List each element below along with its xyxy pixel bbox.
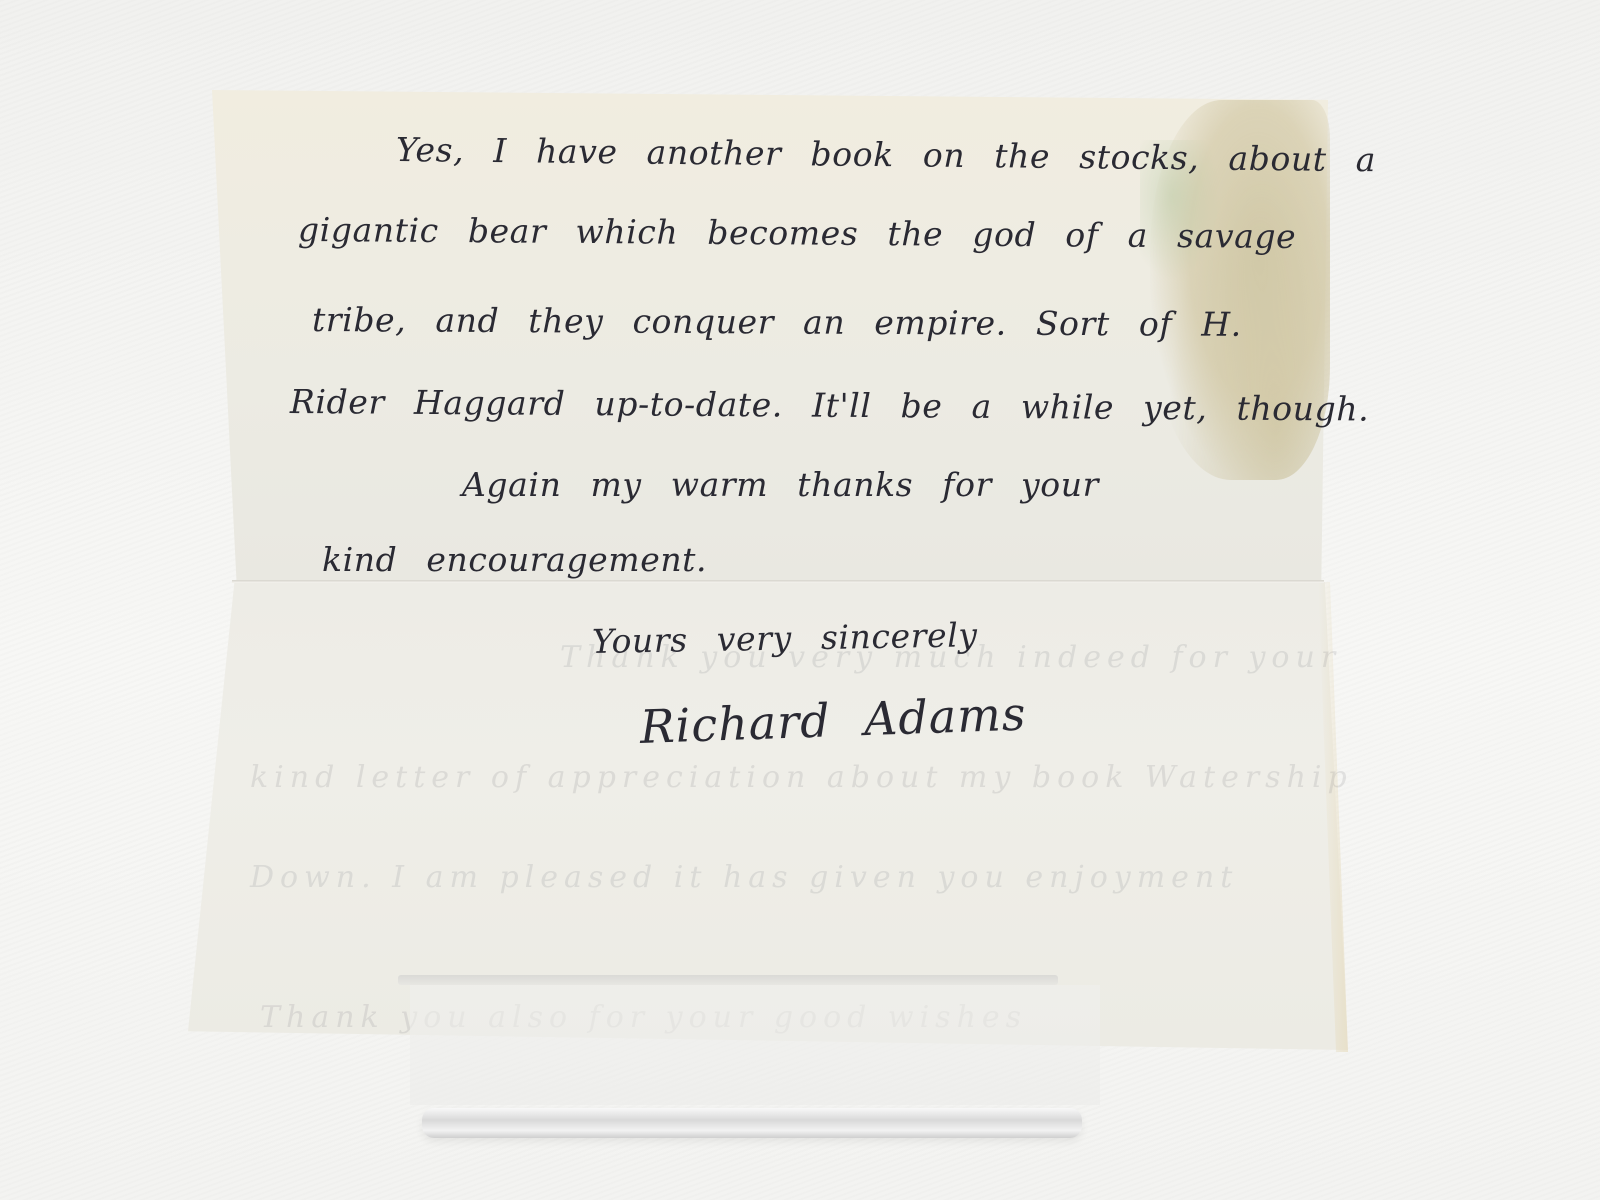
letter-line: gigantic bear which becomes the god of a… xyxy=(298,210,1297,256)
letter-line: Again my warm thanks for your xyxy=(462,465,1099,504)
stand-lip xyxy=(422,1108,1082,1138)
letter-line: kind encouragement. xyxy=(322,540,707,579)
fold-crease xyxy=(232,580,1324,583)
letter-line: Rider Haggard up-to-date. It'll be a whi… xyxy=(290,382,1370,429)
show-through-line: kind letter of appreciation about my boo… xyxy=(250,760,1353,795)
letter-line: tribe, and they conquer an empire. Sort … xyxy=(312,300,1242,344)
closing: Yours very sincerely xyxy=(592,615,978,661)
show-through-line: Down. I am pleased it has given you enjo… xyxy=(250,860,1238,895)
stand-top-edge xyxy=(398,975,1058,985)
acrylic-stand xyxy=(410,985,1100,1105)
letter: Thank you very much indeed for your kind… xyxy=(0,0,1600,1200)
